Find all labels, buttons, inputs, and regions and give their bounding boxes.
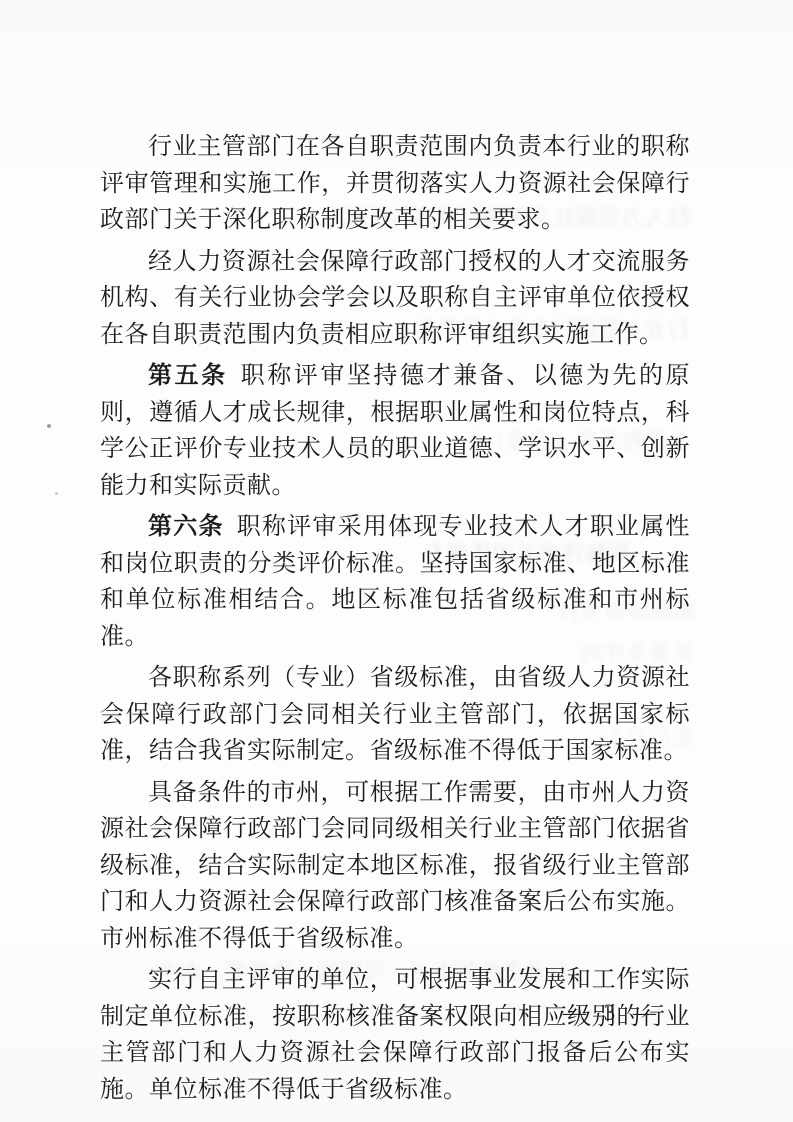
article-5-number: 第五条 bbox=[148, 363, 228, 389]
scanned-document-page: 经人力资源社会保障行政部门授权的人才交流服务机构、有关行业协会学会以及职称自主评… bbox=[0, 0, 793, 1122]
body-paragraph-6: 具备条件的市州，可根据工作需要，由市州人力资源社会保障行政部门会同同级相关行业主… bbox=[100, 775, 690, 958]
scan-speck bbox=[55, 492, 58, 495]
body-paragraph-3-article-5: 第五条职称评审坚持德才兼备、以德为先的原则，遵循人才成长规律，根据职业属性和岗位… bbox=[100, 358, 690, 504]
body-paragraph-2: 经人力资源社会保障行政部门授权的人才交流服务机构、有关行业协会学会以及职称自主评… bbox=[100, 244, 690, 354]
scan-speck bbox=[47, 424, 51, 428]
article-6-number: 第六条 bbox=[148, 514, 224, 540]
body-paragraph-5: 各职称系列（专业）省级标准，由省级人力资源社会保障行政部门会同相关行业主管部门，… bbox=[100, 660, 690, 770]
document-body: 行业主管部门在各自职责范围内负责本行业的职称评审管理和实施工作，并贯彻落实人力资… bbox=[100, 0, 690, 1108]
body-paragraph-1: 行业主管部门在各自职责范围内负责本行业的职称评审管理和实施工作，并贯彻落实人力资… bbox=[100, 129, 690, 239]
page-number: — 3 — bbox=[563, 1000, 662, 1026]
body-paragraph-7: 实行自主评审的单位，可根据事业发展和工作实际制定单位标准，按职称核准备案权限向相… bbox=[100, 962, 690, 1108]
body-paragraph-4-article-6: 第六条职称评审采用体现专业技术人才职业属性和岗位职责的分类评价标准。坚持国家标准… bbox=[100, 509, 690, 655]
